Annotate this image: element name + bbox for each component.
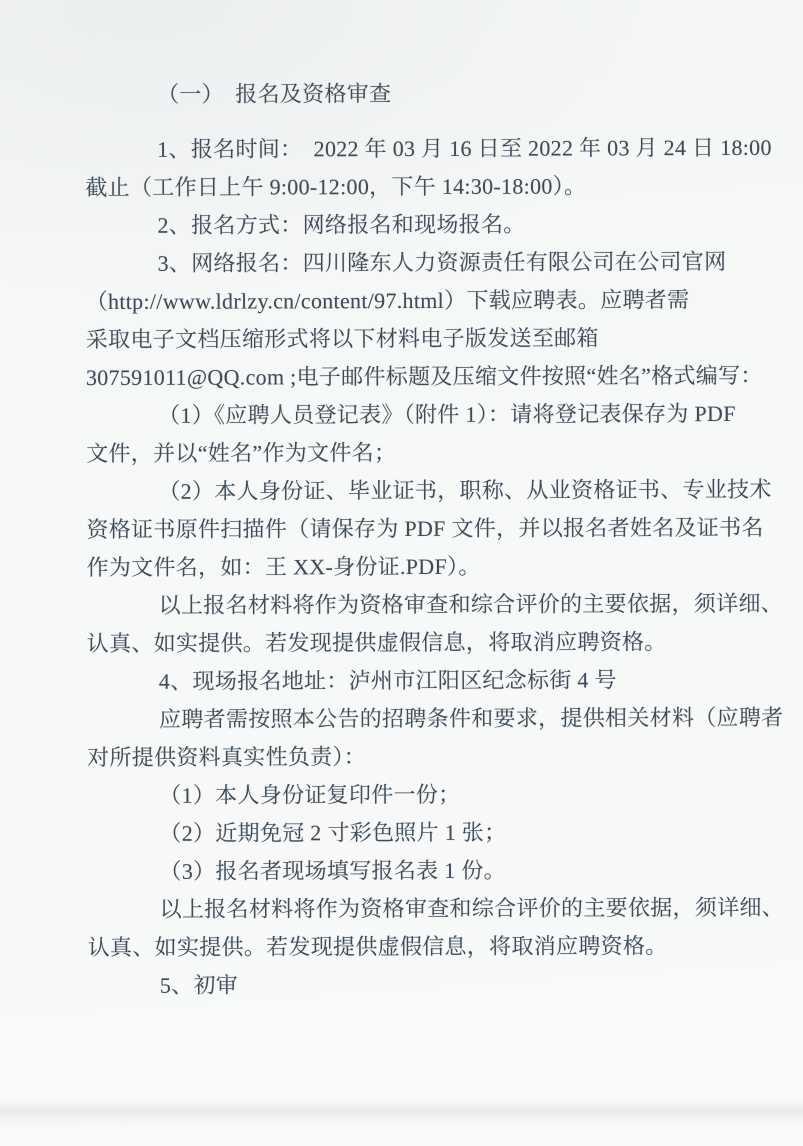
scan-edge-shadow (0, 1100, 803, 1126)
notice-line: 认真、如实提供。若发现提供虚假信息，将取消应聘资格。 (87, 623, 784, 663)
subitem-1-line: 文件，并以“姓名”作为文件名； (86, 433, 783, 473)
subitem-1-line: （1）《应聘人员登记表》（附件 1）：请将登记表保存为 PDF (86, 395, 783, 435)
subitem-2-line: （2）近期免冠 2 寸彩色照片 1 张； (87, 813, 784, 853)
notice-line: 以上报名材料将作为资格审查和综合评价的主要依据，须详细、 (88, 889, 785, 929)
document-lines: （一） 报名及资格审查1、报名时间： 2022 年 03 月 16 日至 202… (85, 74, 784, 1005)
item-4-line: 对所提供资料真实性负责）： (87, 737, 784, 777)
subitem-2-line: 资格证书原件扫描件（请保存为 PDF 文件，并以报名者姓名及证书名 (86, 509, 783, 549)
item-2-line: 2、报名方式：网络报名和现场报名。 (85, 205, 782, 245)
item-3-line: 采取电子文档压缩形式将以下材料电子版发送至邮箱 (86, 319, 783, 359)
scanned-document-page: （一） 报名及资格审查1、报名时间： 2022 年 03 月 16 日至 202… (0, 0, 803, 1146)
item-1-line: 截止（工作日上午 9:00-12:00，下午 14:30-18:00）。 (85, 167, 782, 207)
item-3-line: （http://www.ldrlzy.cn/content/97.html）下载… (86, 281, 783, 321)
item-5-line: 5、初审 (88, 965, 785, 1005)
subitem-1-line: （1）本人身份证复印件一份； (87, 775, 784, 815)
item-4-line: 应聘者需按照本公告的招聘条件和要求，提供相关材料（应聘者 (87, 699, 784, 739)
section-heading: （一） 报名及资格审查 (85, 74, 782, 114)
subitem-2-line: 作为文件名，如：王 XX-身份证.PDF）。 (86, 547, 783, 587)
item-3-line: 307591011@QQ.com ;电子邮件标题及压缩文件按照“姓名”格式编写： (86, 357, 783, 397)
subitem-3-line: （3）报名者现场填写报名表 1 份。 (87, 851, 784, 891)
subitem-2-line: （2）本人身份证、毕业证书，职称、从业资格证书、专业技术 (86, 471, 783, 511)
notice-line: 以上报名材料将作为资格审查和综合评价的主要依据，须详细、 (87, 585, 784, 625)
item-1-line: 1、报名时间： 2022 年 03 月 16 日至 2022 年 03 月 24… (85, 129, 782, 169)
notice-line: 认真、如实提供。若发现提供虚假信息，将取消应聘资格。 (88, 927, 785, 967)
item-4-line: 4、现场报名地址：泸州市江阳区纪念标街 4 号 (87, 661, 784, 701)
item-3-line: 3、网络报名：四川隆东人力资源责任有限公司在公司官网 (86, 243, 783, 283)
